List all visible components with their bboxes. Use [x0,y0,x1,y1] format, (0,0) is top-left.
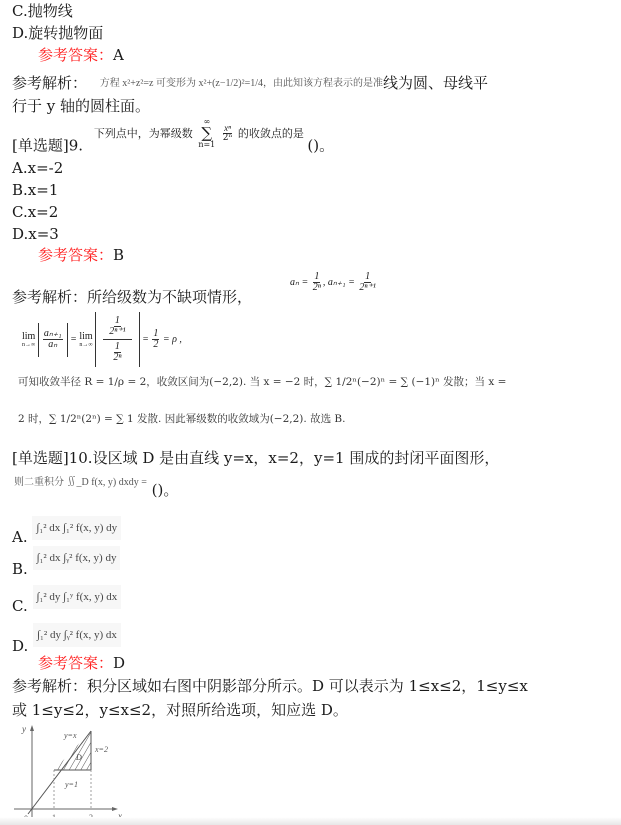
option-text: 抛物线 [28,2,73,20]
option-letter: C. [12,597,28,615]
lim-symbol: limn→∞ [79,331,92,348]
option-letter: C. [12,203,28,221]
document-page: C.抛物线 D.旋转抛物面 参考答案：A 参考解析： 方程 x²+z²=z 可变… [0,0,621,825]
answer-blank: ()。 [152,481,179,499]
option-letter: B. [12,181,28,199]
q10-answer: 参考答案：D [38,653,125,673]
q9-analysis-line3: 可知收敛半径 R = 1/ρ = 2，收敛区间为(−2,2). 当 x = −2… [18,372,506,392]
abs-ratio: aₙ₊₁aₙ [38,323,68,357]
double-integral-formula: 则二重积分 ∬_D f(x, y) dxdy = [14,473,147,493]
q9-option-b: B.x=1 [12,180,58,200]
analysis-formula-image: 方程 x²+z²=z 可变形为 x²+(z−1/2)²=1/4，由此知该方程表示… [100,74,383,94]
line-y1-label: y=1 [64,780,78,789]
q10-analysis-line2: 或 1≤y≤2，y≤x≤2，对照所给选项，知应选 D。 [12,700,348,720]
line-y-eq-x [28,731,91,814]
question-tag: [单选题]10. [12,449,93,467]
line-yx-label: y=x [63,731,77,740]
analysis-label: 参考解析： [12,677,87,695]
option-letter: A. [12,528,28,546]
q10-option-c: C. ∫₁² dy ∫₁ʸ f(x, y) dx [12,585,121,609]
q10-option-d: D. ∫₁² dy ∫ᵧ² f(x, y) dx [12,623,121,647]
prev-analysis: 参考解析： 方程 x²+z²=z 可变形为 x²+(z−1/2)²=1/4，由此… [12,73,488,94]
stem-text: 的收敛点的是 [238,127,304,140]
q10-option-b: B. ∫₁² dx ∫ᵧ² f(x, y) dy [12,546,120,570]
fraction: 12ⁿ [112,342,122,363]
an-formula: aₙ = 12ⁿ, aₙ₊₁ = 12ⁿ⁺¹ [290,272,378,293]
limit-formula: limn→∞ aₙ₊₁aₙ = limn→∞ 12ⁿ⁺¹ 12ⁿ = 12 = … [22,312,182,367]
option-formula: ∫₁² dy ∫₁ʸ f(x, y) dx [33,585,122,609]
answer-blank: ()。 [307,137,334,155]
option-formula: ∫₁² dy ∫ᵧ² f(x, y) dx [33,623,121,647]
y-axis-arrow-icon [30,725,34,731]
q10-analysis: 参考解析：积分区域如右图中阴影部分所示。D 可以表示为 1≤x≤2，1≤y≤x [12,676,528,696]
q10-stem2: 则二重积分 ∬_D f(x, y) dxdy = ()。 [14,472,178,493]
q9-analysis-line4: 2 时，∑ 1/2ⁿ(2ⁿ) = ∑ 1 发散. 因此幂级数的收敛域为(−2,2… [18,409,345,429]
option-text: x=2 [28,203,59,221]
option-text: x=1 [28,181,59,199]
option-letter: C. [12,2,28,20]
sum-symbol: ∞∑n=1 [198,118,215,149]
prev-option-c: C.抛物线 [12,1,73,21]
q9-stem-formula: 下列点中，为幂级数 ∞∑n=1 xⁿ2ⁿ 的收敛点的是 [94,127,308,140]
answer-label: 参考答案： [38,46,113,64]
analysis-text: 线为圆、母线平 [383,74,488,92]
region-d-label: D [75,753,82,762]
option-text: x=-2 [28,159,64,177]
stem-text: 设区域 D 是由直线 y=x，x=2，y=1 围成的封闭平面图形， [93,449,500,467]
answer-label: 参考答案： [38,654,113,672]
q9-option-d: D.x=3 [12,224,59,244]
option-letter: A. [12,159,28,177]
option-text: x=3 [28,225,59,243]
line-x2-label: x=2 [94,745,108,754]
stem-text: 下列点中，为幂级数 [94,127,193,140]
option-letter: D. [12,225,28,243]
question-tag: [单选题]9. [12,137,83,155]
fraction: aₙ₊₁aₙ [43,329,63,350]
q10-stem: [单选题]10.设区域 D 是由直线 y=x，x=2，y=1 围成的封闭平面图形… [12,448,499,468]
q9-answer: 参考答案：B [38,245,124,265]
prev-analysis-line2: 行于 y 轴的圆柱面。 [12,96,150,116]
fraction: 12ⁿ⁺¹ [108,316,126,337]
prev-answer: 参考答案：A [38,45,124,65]
answer-value: B [113,246,124,264]
y-axis-label: y [21,724,26,734]
abs-ratio-expanded: 12ⁿ⁺¹ 12ⁿ [95,312,139,367]
q9-option-c: C.x=2 [12,202,58,222]
option-letter: D. [12,24,28,42]
option-formula: ∫₁² dx ∫₁² f(x, y) dy [32,516,121,540]
q10-option-a: A. ∫₁² dx ∫₁² f(x, y) dy [12,516,121,540]
fraction: 12ⁿ⁺¹ 12ⁿ [103,314,131,365]
answer-value: D [113,654,125,672]
option-letter: B. [12,560,28,578]
analysis-label: 参考解析： [12,74,87,92]
region-figure: y x 0 1 2 y=x x=2 y=1 D [10,722,140,825]
answer-value: A [113,46,124,64]
fraction: xⁿ2ⁿ [222,124,234,143]
q9-option-a: A.x=-2 [12,158,63,178]
bottom-edge-shadow [0,817,621,825]
option-letter: D. [12,637,28,655]
fraction: 12ⁿ [312,272,322,293]
answer-label: 参考答案： [38,246,113,264]
option-text: 旋转抛物面 [28,24,103,42]
analysis-text: 积分区域如右图中阴影部分所示。D 可以表示为 1≤x≤2，1≤y≤x [87,677,528,695]
prev-option-d: D.旋转抛物面 [12,23,103,43]
analysis-label: 参考解析： [12,288,87,306]
option-formula: ∫₁² dx ∫ᵧ² f(x, y) dy [33,546,121,570]
analysis-text: 所给级数为不缺项情形， [87,288,252,306]
fraction: 12ⁿ⁺¹ [358,272,376,293]
q9-analysis: 参考解析：所给级数为不缺项情形， [12,287,252,307]
fraction: 12 [152,329,159,350]
lim-symbol: limn→∞ [22,331,35,348]
